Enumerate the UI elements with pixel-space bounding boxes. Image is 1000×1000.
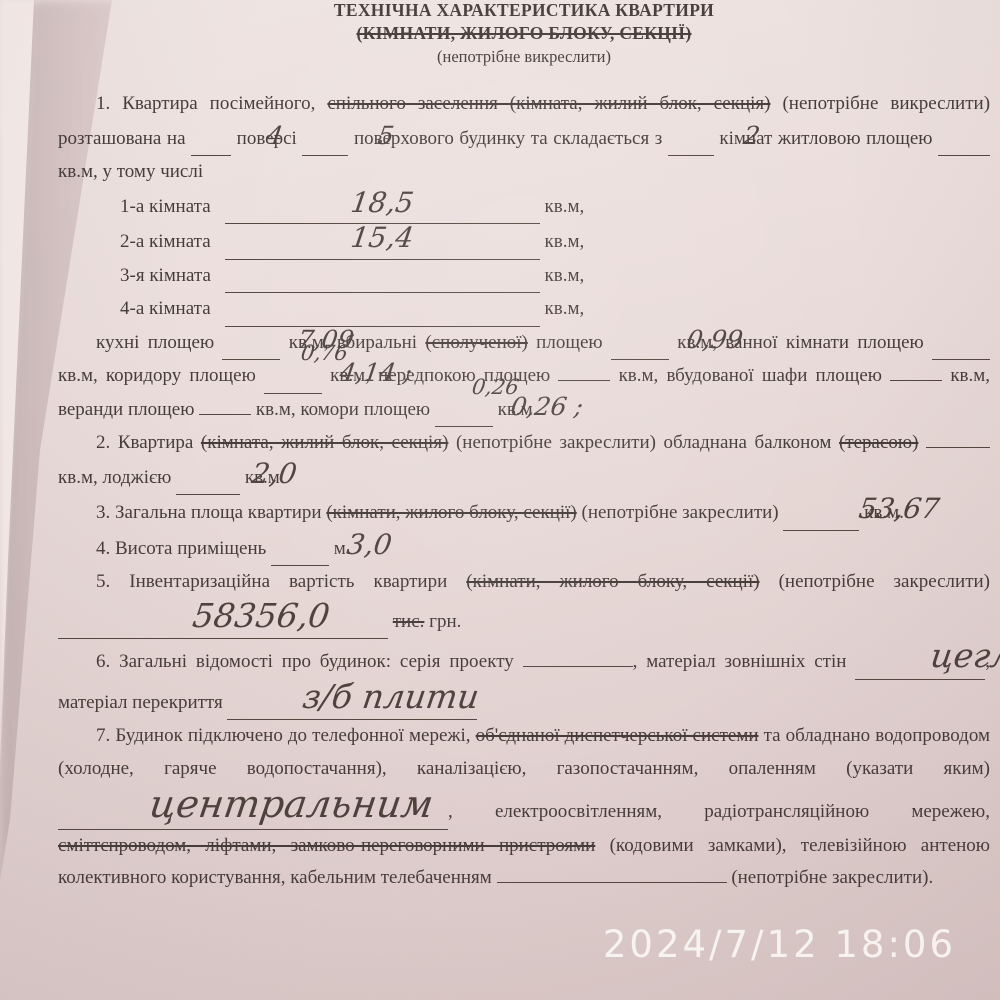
paragraph-3: 3. Загальна площа квартири (кімнати, жил… <box>58 495 990 531</box>
room-label: 3-я кімната <box>120 260 220 293</box>
document-subtitle-struck: (КІМНАТИ, ЖИЛОГО БЛОКУ, СЕКЦІЇ) <box>58 22 990 45</box>
p2-t1: 2. Квартира <box>96 432 193 453</box>
room-unit: кв.м, <box>545 265 585 286</box>
heating-type-field: центральним <box>58 785 448 830</box>
cable-tv-field <box>497 882 727 883</box>
p1-mid2: поверхового будинку та складається з <box>354 128 662 149</box>
rooms-count-field: 2 <box>668 123 714 157</box>
p2-struck2: (терасою) <box>839 432 918 453</box>
veranda-area-field <box>199 414 251 415</box>
paragraph-7: 7. Будинок підключено до телефонної мере… <box>58 720 990 895</box>
loggia-area-field: 2,0 <box>176 460 240 496</box>
room-row-1: 1-а кімната 18,5 кв.м, <box>120 189 990 225</box>
areas-t7: кв.м, вбудованої шафи площею <box>619 365 882 386</box>
room-label: 2-а кімната <box>120 226 220 259</box>
total-area-value: 53,67 <box>819 495 941 523</box>
heating-type-value: центральним <box>109 785 435 823</box>
floor-field: 4 <box>191 123 231 157</box>
floor-value: 4 <box>227 123 284 148</box>
project-series-field <box>523 666 633 667</box>
room-area-value: 18,5 <box>349 189 415 217</box>
p5-t2: (непотрібне закреслити) <box>779 571 990 592</box>
areas-struck: (сполученої) <box>425 332 527 353</box>
strike-note: (непотрібне викреслити) <box>58 45 990 68</box>
lavatory-area-field: 0,99 <box>611 327 669 361</box>
p7-t3: , електроосвітленням, радіотрансляційною… <box>448 801 990 822</box>
p5-struck2: тис. <box>393 611 425 632</box>
lavatory-area-value: 0,99 <box>647 327 744 352</box>
loggia-area-value: 2,0 <box>212 460 298 488</box>
p5-t3: грн. <box>429 611 461 632</box>
p2-struck1: (кімната, жилий блок, секція) <box>201 432 449 453</box>
paragraph-2: 2. Квартира (кімната, жилий блок, секція… <box>58 427 990 495</box>
inventory-value-field: 58356,0 <box>58 599 388 640</box>
slabs-material-value: з/б плити <box>263 680 481 713</box>
p6-t2: , матеріал зовнішніх стін <box>633 651 847 672</box>
pantry-area-extra: 0,26 <box>396 373 519 406</box>
rooms-list: 1-а кімната 18,5 кв.м, 2-а кімната 15,4 … <box>58 189 990 327</box>
document-page: ТЕХНІЧНА ХАРАКТЕРИСТИКА КВАРТИРИ (КІМНАТ… <box>58 0 990 895</box>
walls-material-value: цегла <box>891 639 1000 672</box>
areas-t1: кухні площею <box>96 332 214 353</box>
room-label: 4-а кімната <box>120 293 220 326</box>
p7-t1: 7. Будинок підключено до телефонної мере… <box>96 725 471 746</box>
document-title: ТЕХНІЧНА ХАРАКТЕРИСТИКА КВАРТИРИ <box>58 0 990 22</box>
total-area-field: 53,67 <box>783 495 859 531</box>
balcony-area-field <box>926 447 990 448</box>
p7-struck1: об'єднаної диспетчерської системи <box>476 725 759 746</box>
room-area-field <box>225 293 540 327</box>
paragraph-6: 6. Загальні відомості про будинок: серія… <box>58 639 990 720</box>
p5-struck1: (кімнати, жилого блоку, секції) <box>466 571 759 592</box>
p4-t1: 4. Висота приміщень <box>96 538 266 559</box>
living-area-value: 33,9 <box>974 121 1000 149</box>
room-area-field <box>225 260 540 294</box>
inventory-value: 58356,0 <box>152 599 331 632</box>
slabs-material-field: з/б плити <box>227 680 477 721</box>
total-floors-value: 5 <box>339 123 396 148</box>
room-unit: кв.м, <box>545 298 585 319</box>
areas-t3: площею <box>536 332 602 353</box>
corridor-area-field: 4,14 ;0,76 <box>264 360 322 394</box>
p3-t2: (непотрібне закреслити) <box>582 502 779 523</box>
room-label: 1-а кімната <box>120 191 220 224</box>
document-header: ТЕХНІЧНА ХАРАКТЕРИСТИКА КВАРТИРИ (КІМНАТ… <box>58 0 990 68</box>
ceiling-height-field: 3,0 <box>271 531 329 567</box>
p2-t3: кв.м, лоджією <box>58 467 171 488</box>
room-area-field: 18,5 <box>225 189 540 225</box>
p3-struck1: (кімнати, жилого блоку, секції) <box>326 502 576 523</box>
room-area-value: 15,4 <box>349 224 415 252</box>
room-row-2: 2-а кімната 15,4 кв.м, <box>120 224 990 260</box>
p7-struck2: сміттєпроводом, ліфтами, замково-перегов… <box>58 835 595 856</box>
paragraph-areas: кухні площею 7,09 кв.м, вбиральні (сполу… <box>58 327 990 428</box>
wardrobe-area-field <box>890 380 942 381</box>
p7-t5: (непотрібне закреслити). <box>731 867 933 888</box>
corridor-area-extra: 0,76 <box>225 339 348 372</box>
living-area-field: 33,9 <box>938 121 990 157</box>
room-area-field: 15,4 <box>225 224 540 260</box>
p2-t2: (непотрібне закреслити) обладнана балкон… <box>456 432 831 453</box>
p1-struck-text: спільного заселення (кімната, жилий блок… <box>327 93 770 114</box>
paragraph-5: 5. Інвентаризаційна вартість квартири (к… <box>58 566 990 639</box>
p6-t1: 6. Загальні відомості про будинок: серія… <box>96 651 514 672</box>
room-row-4: 4-а кімната кв.м, <box>120 293 990 327</box>
paragraph-4: 4. Висота приміщень 3,0 м. <box>58 531 990 567</box>
room-unit: кв.м, <box>545 231 585 252</box>
p1-lead: 1. Квартира посімейного, <box>96 93 315 114</box>
rooms-count-value: 2 <box>704 123 761 148</box>
p6-t4: матеріал перекриття <box>58 692 223 713</box>
room-row-3: 3-я кімната кв.м, <box>120 260 990 294</box>
p1-tail: кв.м, у тому числі <box>58 161 203 182</box>
bathroom-area-field: 4,27 <box>932 327 990 361</box>
ceiling-height-value: 3,0 <box>307 531 393 559</box>
paragraph-1: 1. Квартира посімейного, спільного засел… <box>58 88 990 189</box>
walls-material-field: цегла <box>855 639 985 680</box>
room-unit: кв.м, <box>545 196 585 217</box>
p3-t1: 3. Загальна площа квартири <box>96 502 322 523</box>
bathroom-area-value: 4,27 <box>968 327 1000 352</box>
p5-t1: 5. Інвентаризаційна вартість квартири <box>96 571 447 592</box>
hallway-area-field <box>558 380 610 381</box>
camera-timestamp: 2024/7/12 18:06 <box>603 923 956 966</box>
pantry-area-field: 0,26 ;0,26 <box>435 394 493 428</box>
total-floors-field: 5 <box>302 123 348 157</box>
